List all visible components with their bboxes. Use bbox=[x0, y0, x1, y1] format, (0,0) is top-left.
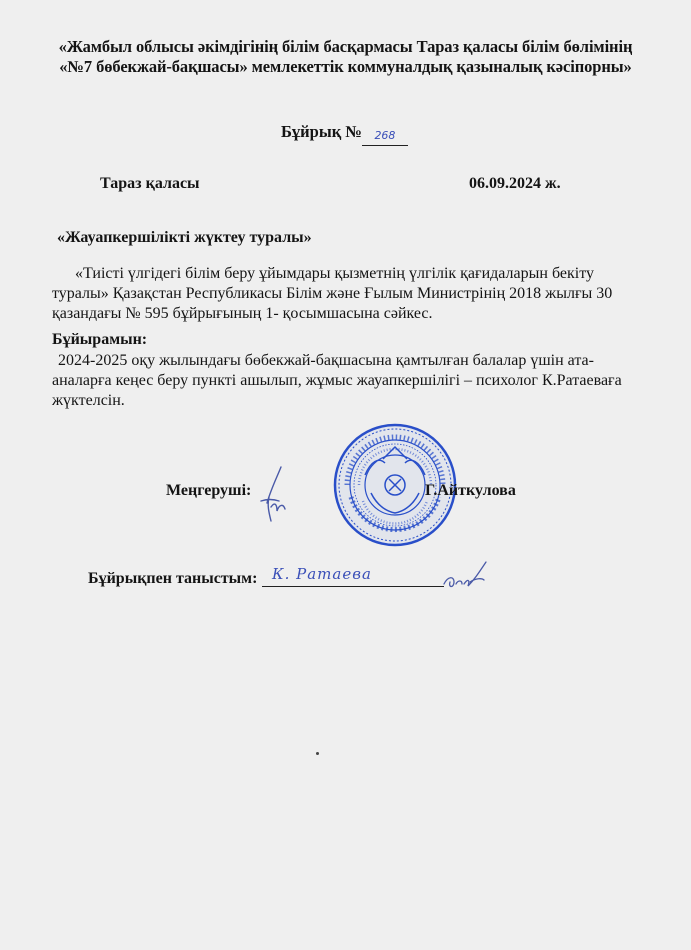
order-title: Бұйрық №268 bbox=[281, 122, 408, 146]
signer-position: Меңгеруші: bbox=[166, 482, 251, 500]
decree-line-1: 2024-2025 оқу жылындағы бөбекжай-бақшасы… bbox=[58, 351, 594, 371]
header-organization-line-1: «Жамбыл облысы әкімдігінің білім басқарм… bbox=[0, 37, 691, 57]
order-subject: «Жауапкершілікті жүктеу туралы» bbox=[57, 229, 312, 247]
decree-line-3: жүктелсін. bbox=[52, 391, 125, 411]
preamble-line-2: туралы» Қазақстан Республикасы Білім жән… bbox=[52, 284, 612, 304]
preamble-line-1: «Тиісті үлгідегі білім беру ұйымдары қыз… bbox=[75, 264, 594, 284]
handwritten-signature-icon bbox=[257, 463, 297, 527]
preamble-line-3: қазандағы № 595 бұйрығының 1- қосымшасын… bbox=[52, 304, 432, 324]
document-page: «Жамбыл облысы әкімдігінің білім басқарм… bbox=[0, 0, 691, 950]
city: Тараз қаласы bbox=[100, 175, 200, 193]
order-title-label: Бұйрық № bbox=[281, 122, 362, 141]
acknowledgement-signature-line bbox=[262, 586, 444, 587]
header-organization-line-2: «№7 бөбекжай-бақшасы» мемлекеттік коммун… bbox=[0, 57, 691, 77]
order-number: 268 bbox=[362, 128, 408, 146]
scan-speck bbox=[316, 752, 319, 755]
decree-line-2: аналарға кеңес беру пункті ашылып, жұмыс… bbox=[52, 371, 622, 391]
acknowledgement-signature-icon bbox=[440, 560, 490, 594]
order-date: 06.09.2024 ж. bbox=[469, 175, 561, 193]
signer-name: Г.Айткулова bbox=[425, 482, 516, 500]
acknowledgement-handwritten-name: К. Ратаева bbox=[272, 565, 372, 583]
acknowledgement-label: Бұйрықпен таныстым: bbox=[88, 570, 257, 588]
decree-label: Бұйырамын: bbox=[52, 331, 147, 349]
